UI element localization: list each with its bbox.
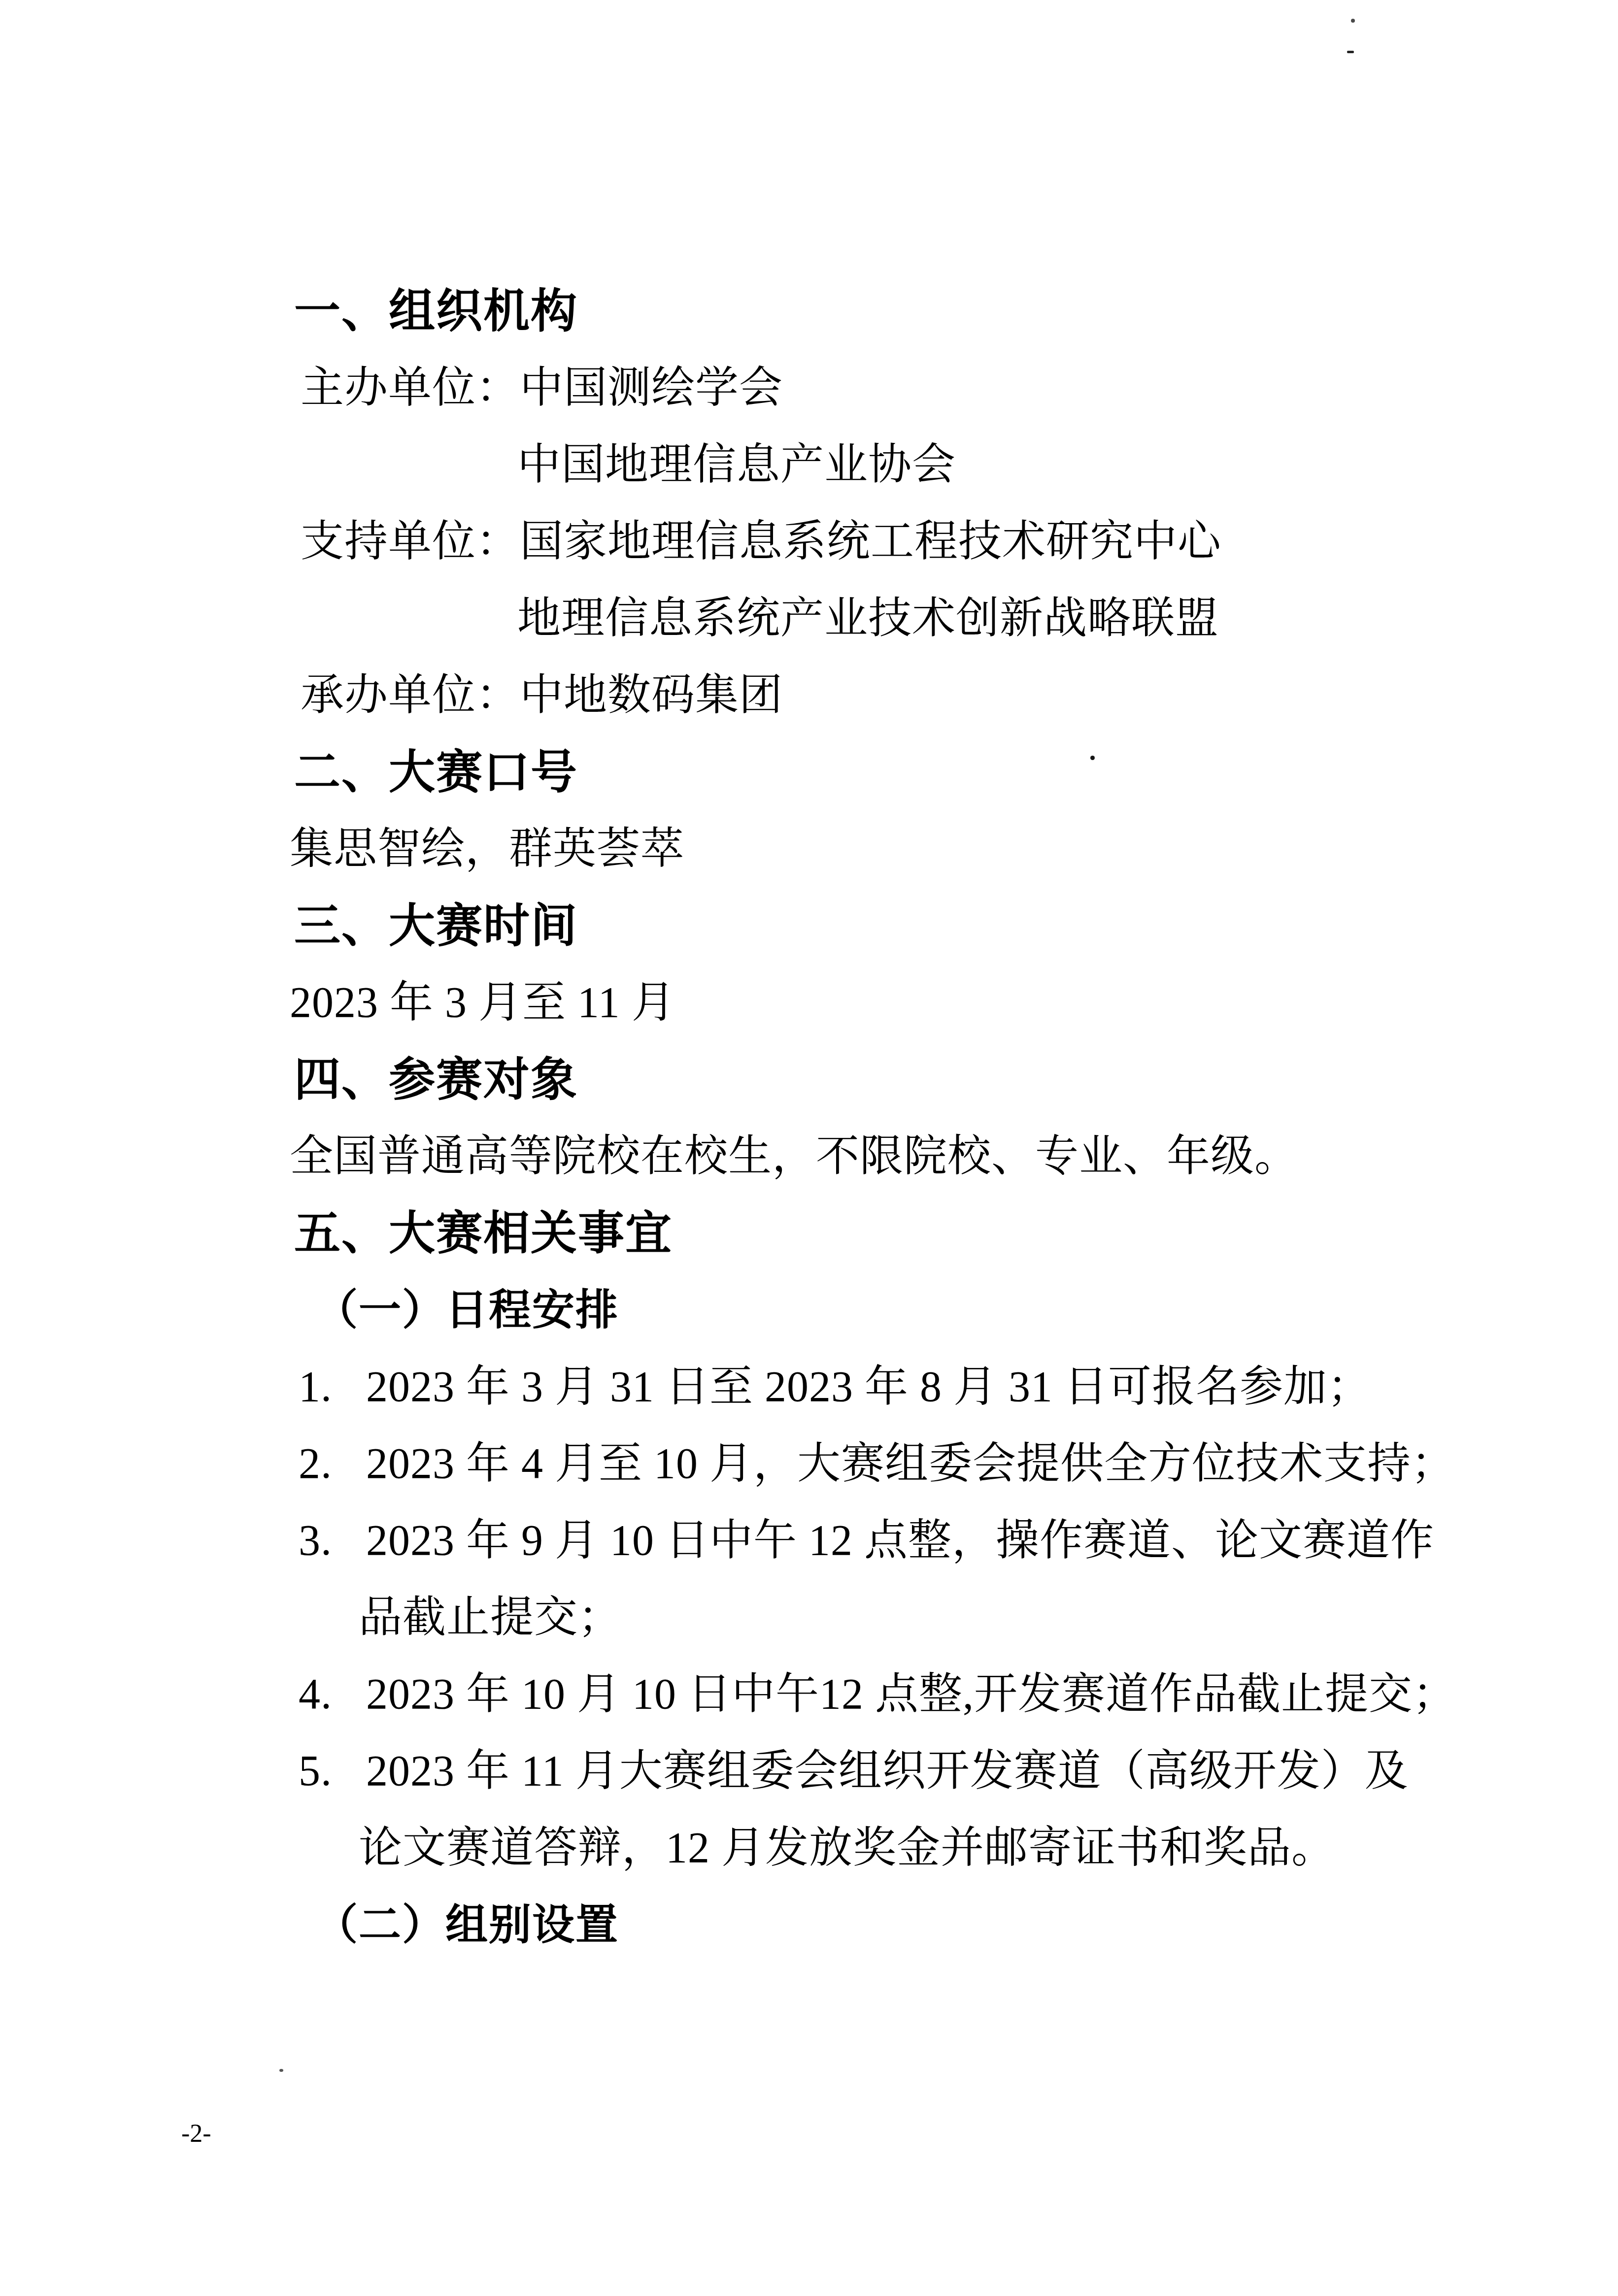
schedule-item-3-continuation: 品截止提交； — [0, 1579, 1618, 1656]
competition-time-line: 2023 年 3 月至 11 月 — [0, 965, 1618, 1041]
schedule-item-5-continuation: 论文赛道答辩，12 月发放奖金并邮寄证书和奖品。 — [0, 1810, 1618, 1887]
schedule-item-4: 4.2023 年 10 月 10 日中午12 点整,开发赛道作品截止提交； — [0, 1656, 1618, 1733]
list-number: 2. — [299, 1426, 366, 1502]
scan-speck — [1090, 756, 1095, 760]
support-unit-line-2: 地理信息系统产业技术创新战略联盟 — [0, 580, 1618, 657]
heading-slogan: 二、大赛口号 — [0, 734, 1618, 811]
subheading-group-settings: （二）组别设置 — [0, 1887, 1618, 1963]
schedule-item-1: 1.2023 年 3 月 31 日至 2023 年 8 月 31 日可报名参加； — [0, 1349, 1618, 1426]
organizer-unit-line: 承办单位：中地数码集团 — [0, 657, 1618, 734]
heading-participants: 四、参赛对象 — [0, 1041, 1618, 1118]
support-unit-line: 支持单位：国家地理信息系统工程技术研究中心 — [0, 503, 1618, 580]
list-number: 5. — [299, 1733, 366, 1810]
scan-speck — [1351, 19, 1355, 23]
list-number: 1. — [299, 1349, 366, 1426]
schedule-item-3: 3.2023 年 9 月 10 日中午 12 点整，操作赛道、论文赛道作 — [0, 1502, 1618, 1579]
page-number: -2- — [181, 2120, 211, 2148]
heading-competition-time: 三、大赛时间 — [0, 888, 1618, 965]
scan-speck — [1347, 51, 1354, 53]
document-page: { "page": { "width": 3284, "height": 466… — [0, 0, 1618, 2296]
list-number: 4. — [299, 1656, 366, 1733]
host-unit-line: 主办单位：中国测绘学会 — [0, 350, 1618, 427]
document-body: 一、组织机构 主办单位：中国测绘学会 中国地理信息产业协会 支持单位：国家地理信… — [0, 273, 1618, 1963]
list-item-text: 2023 年 3 月 31 日至 2023 年 8 月 31 日可报名参加； — [366, 1363, 1371, 1411]
list-item-text: 2023 年 4 月至 10 月，大赛组委会提供全方位技术支持； — [366, 1440, 1455, 1488]
heading-organization: 一、组织机构 — [0, 273, 1618, 350]
schedule-item-5: 5.2023 年 11 月大赛组委会组织开发赛道（高级开发）及 — [0, 1733, 1618, 1810]
participants-line: 全国普通高等院校在校生，不限院校、专业、年级。 — [0, 1118, 1618, 1195]
list-item-text: 2023 年 11 月大赛组委会组织开发赛道（高级开发）及 — [366, 1747, 1409, 1795]
subheading-schedule: （一）日程安排 — [0, 1272, 1618, 1349]
list-item-text: 2023 年 10 月 10 日中午12 点整,开发赛道作品截止提交； — [366, 1670, 1456, 1718]
list-item-text: 2023 年 9 月 10 日中午 12 点整，操作赛道、论文赛道作 — [366, 1517, 1434, 1564]
host-unit-line-2: 中国地理信息产业协会 — [0, 427, 1618, 503]
slogan-line: 集思智绘，群英荟萃 — [0, 811, 1618, 888]
heading-related-matters: 五、大赛相关事宜 — [0, 1195, 1618, 1272]
scan-speck — [279, 2069, 283, 2072]
list-number: 3. — [299, 1502, 366, 1579]
schedule-item-2: 2.2023 年 4 月至 10 月，大赛组委会提供全方位技术支持； — [0, 1426, 1618, 1502]
